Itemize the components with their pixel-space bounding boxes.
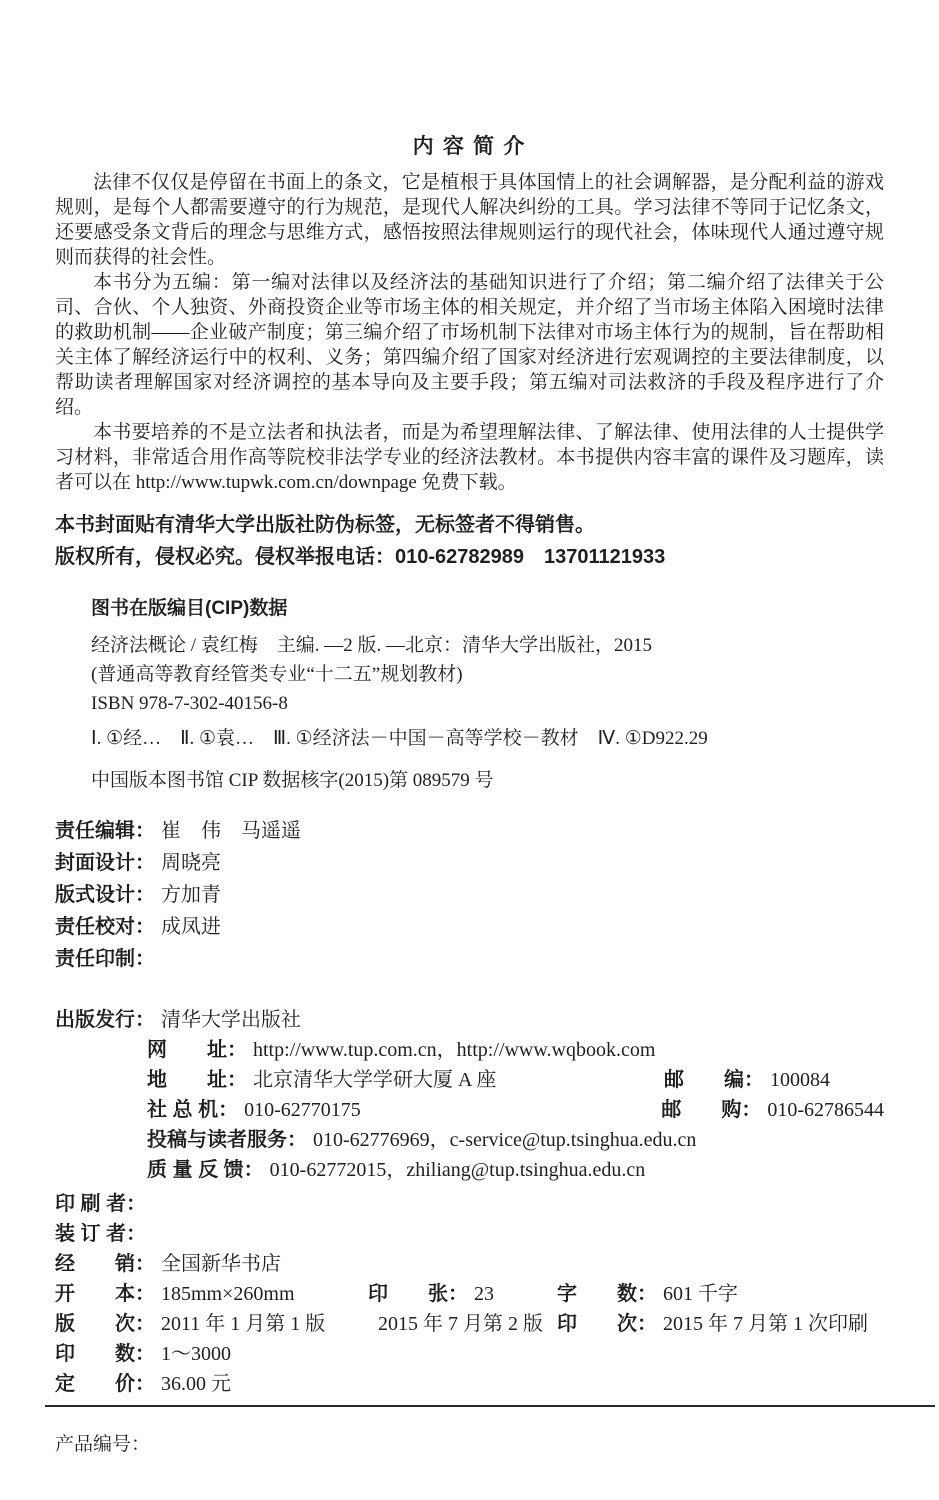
sheets-label: 印 张：	[368, 1283, 468, 1305]
quality-feedback-row: 质 量 反 馈：010-62772015，zhiliang@tup.tsingh…	[55, 1155, 884, 1185]
sheets-value: 23	[474, 1283, 494, 1305]
anti-counterfeit-notice: 本书封面贴有清华大学出版社防伪标签，无标签者不得销售。	[55, 509, 884, 541]
publisher-label: 出版发行：	[55, 1009, 155, 1031]
postcode-value: 100084	[770, 1069, 830, 1091]
cip-registry-number: 中国版本图书馆 CIP 数据核字(2015)第 089579 号	[91, 766, 884, 795]
printer-label: 印 刷 者：	[55, 1193, 146, 1215]
cip-heading: 图书在版编目(CIP)数据	[91, 597, 884, 621]
edition-cell: 版 次：2011 年 1 月第 1 版	[55, 1309, 368, 1339]
credits-block: 责任编辑：崔 伟 马遥遥 封面设计：周晓亮 版式设计：方加青 责任校对：成凤进 …	[55, 815, 884, 975]
edition-label: 版 次：	[55, 1313, 155, 1335]
print-supervisor-label: 责任印制：	[55, 948, 155, 970]
format-row: 开 本：185mm×260mm 印 张：23 字 数：601 千字	[55, 1279, 884, 1309]
copyright-infringement-notice: 版权所有，侵权必究。侵权举报电话：010-62782989 1370112193…	[55, 541, 884, 573]
word-count-cell: 字 数：601 千字	[557, 1279, 884, 1309]
intro-paragraph-2: 本书分为五编：第一编对法律以及经济法的基础知识进行了介绍；第二编介绍了法律关于公…	[55, 270, 884, 420]
legal-notice-block: 本书封面贴有清华大学出版社防伪标签，无标签者不得销售。 版权所有，侵权必究。侵权…	[55, 509, 884, 573]
quality-feedback-label: 质 量 反 馈：	[147, 1159, 264, 1181]
publisher-row: 出版发行：清华大学出版社	[55, 1005, 884, 1035]
switchboard-value: 010-62770175	[244, 1099, 361, 1121]
cip-isbn: ISBN 978-7-302-40156-8	[91, 689, 884, 718]
address-row: 地 址：北京清华大学学研大厦 A 座 邮 编：100084	[55, 1065, 884, 1095]
credit-row-proofreader: 责任校对：成凤进	[55, 911, 884, 943]
switchboard-row: 社 总 机：010-62770175 邮 购：010-62786544	[55, 1095, 884, 1125]
editor-value: 崔 伟 马遥遥	[161, 820, 301, 842]
quality-feedback-value: 010-62772015，zhiliang@tup.tsinghua.edu.c…	[270, 1159, 646, 1181]
address-value: 北京清华大学学研大厦 A 座	[253, 1069, 496, 1091]
postcode-label: 邮 编：	[664, 1069, 764, 1091]
cip-classification: Ⅰ. ①经… Ⅱ. ①袁… Ⅲ. ①经济法－中国－高等学校－教材 Ⅳ. ①D92…	[91, 724, 884, 753]
layout-design-value: 方加青	[161, 884, 221, 906]
binder-label: 装 订 者：	[55, 1223, 146, 1245]
cover-design-value: 周晓亮	[161, 852, 221, 874]
switchboard-label: 社 总 机：	[147, 1099, 238, 1121]
product-number-row: 产品编号：	[55, 1429, 884, 1456]
printer-row: 印 刷 者：	[55, 1189, 884, 1219]
publisher-block: 出版发行：清华大学出版社 网 址：http://www.tup.com.cn，h…	[55, 1005, 884, 1185]
credit-row-print-supervisor: 责任印制：	[55, 943, 884, 975]
copyright-page: 内 容 简 介 法律不仅仅是停留在书面上的条文，它是植根于具体国情上的社会调解器…	[0, 0, 939, 1500]
reader-service-label: 投稿与读者服务：	[147, 1129, 307, 1151]
intro-paragraph-1: 法律不仅仅是停留在书面上的条文，它是植根于具体国情上的社会调解器，是分配利益的游…	[55, 170, 884, 270]
website-row: 网 址：http://www.tup.com.cn，http://www.wqb…	[55, 1035, 884, 1065]
print-run-value: 1～3000	[161, 1343, 231, 1365]
website-label: 网 址：	[147, 1039, 247, 1061]
format-value: 185mm×260mm	[161, 1283, 295, 1305]
format-cell: 开 本：185mm×260mm	[55, 1279, 368, 1309]
distributor-row: 经 销：全国新华书店	[55, 1249, 884, 1279]
postcode-cell: 邮 编：100084	[664, 1065, 830, 1095]
product-number-label: 产品编号：	[55, 1434, 150, 1455]
divider-rule	[45, 1405, 935, 1407]
edition-row: 版 次：2011 年 1 月第 1 版 2015 年 7 月第 2 版 印 次：…	[55, 1309, 884, 1339]
reader-service-row: 投稿与读者服务：010-62776969，c-service@tup.tsing…	[55, 1125, 884, 1155]
format-label: 开 本：	[55, 1283, 155, 1305]
credit-row-cover-design: 封面设计：周晓亮	[55, 847, 884, 879]
cip-title-line: 经济法概论 / 袁红梅 主编. —2 版. —北京：清华大学出版社，2015	[91, 631, 884, 660]
proofreader-value: 成凤进	[161, 916, 221, 938]
mail-order-label: 邮 购：	[661, 1099, 761, 1121]
edition-value: 2011 年 1 月第 1 版	[161, 1313, 325, 1335]
switchboard-cell: 社 总 机：010-62770175	[147, 1095, 661, 1125]
price-value: 36.00 元	[161, 1373, 231, 1395]
address-cell: 地 址：北京清华大学学研大厦 A 座	[147, 1065, 664, 1095]
intro-paragraph-3: 本书要培养的不是立法者和执法者，而是为希望理解法律、了解法律、使用法律的人士提供…	[55, 420, 884, 495]
page-title: 内 容 简 介	[55, 130, 884, 160]
impression-cell: 印 次：2015 年 7 月第 1 次印刷	[557, 1309, 884, 1339]
word-count-label: 字 数：	[557, 1283, 657, 1305]
word-count-value: 601 千字	[663, 1283, 738, 1305]
distributor-label: 经 销：	[55, 1253, 155, 1275]
editor-label: 责任编辑：	[55, 820, 155, 842]
price-row: 定 价：36.00 元	[55, 1369, 884, 1399]
proofreader-label: 责任校对：	[55, 916, 155, 938]
printing-block: 印 刷 者： 装 订 者： 经 销：全国新华书店 开 本：185mm×260mm…	[55, 1189, 884, 1399]
mail-order-cell: 邮 购：010-62786544	[661, 1095, 884, 1125]
cover-design-label: 封面设计：	[55, 852, 155, 874]
website-urls: http://www.tup.com.cn，http://www.wqbook.…	[253, 1039, 655, 1061]
print-run-row: 印 数：1～3000	[55, 1339, 884, 1369]
print-run-label: 印 数：	[55, 1343, 155, 1365]
layout-design-label: 版式设计：	[55, 884, 155, 906]
cip-data-block: 图书在版编目(CIP)数据 经济法概论 / 袁红梅 主编. —2 版. —北京：…	[55, 597, 884, 795]
mail-order-value: 010-62786544	[767, 1099, 884, 1121]
reader-service-value: 010-62776969，c-service@tup.tsinghua.edu.…	[313, 1129, 696, 1151]
address-label: 地 址：	[147, 1069, 247, 1091]
credit-row-editor: 责任编辑：崔 伟 马遥遥	[55, 815, 884, 847]
credit-row-layout-design: 版式设计：方加青	[55, 879, 884, 911]
binder-row: 装 订 者：	[55, 1219, 884, 1249]
publisher-name: 清华大学出版社	[161, 1009, 301, 1031]
sheets-cell: 印 张：23	[368, 1279, 557, 1309]
price-label: 定 价：	[55, 1373, 155, 1395]
impression-label: 印 次：	[557, 1313, 657, 1335]
cip-series-line: (普通高等教育经管类专业“十二五”规划教材)	[91, 660, 884, 689]
impression-value: 2015 年 7 月第 1 次印刷	[663, 1313, 868, 1335]
distributor-value: 全国新华书店	[161, 1253, 281, 1275]
edition2-cell: 2015 年 7 月第 2 版	[368, 1309, 557, 1339]
